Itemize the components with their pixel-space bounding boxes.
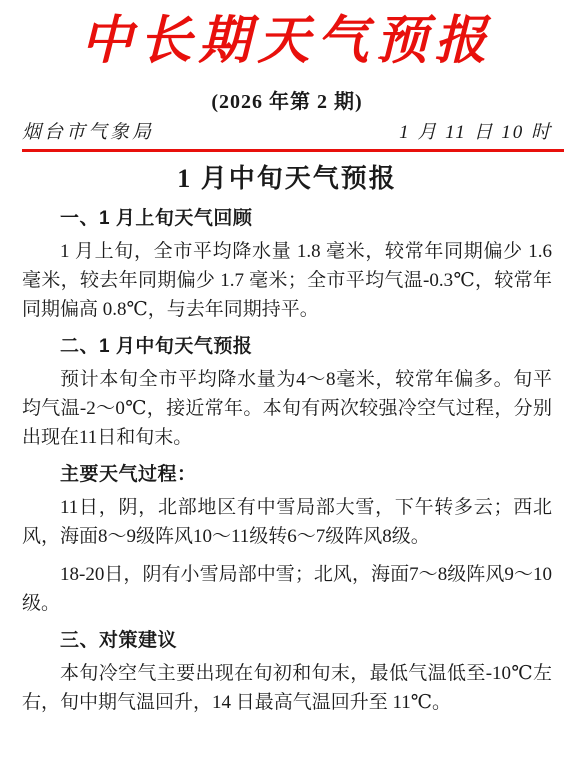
paragraph-forecast-summary: 预计本旬全市平均降水量为4～8毫米，较常年偏多。旬平均气温-2～0℃，接近常年。… <box>22 365 552 452</box>
document-title: 1 月中旬天气预报 <box>22 162 552 196</box>
publish-datetime: 1 月 11 日 10 时 <box>399 120 552 145</box>
byline-row: 烟台市气象局 1 月 11 日 10 时 <box>22 120 552 145</box>
paragraph-advice: 本旬冷空气主要出现在旬初和旬末，最低气温低至-10℃左右，旬中期气温回升，14 … <box>22 659 552 717</box>
section-advice: 三、对策建议 本旬冷空气主要出现在旬初和旬末，最低气温低至-10℃左右，旬中期气… <box>22 627 552 717</box>
issue-number: (2026 年第 2 期) <box>22 90 552 114</box>
paragraph-process-day18-20: 18-20日，阴有小雪局部中雪；北风，海面7～8级阵风9～10级。 <box>22 560 552 618</box>
paragraph-review: 1 月上旬，全市平均降水量 1.8 毫米，较常年同期偏少 1.6 毫米，较去年同… <box>22 237 552 324</box>
section-advice-heading: 三、对策建议 <box>22 627 552 654</box>
masthead-title: 中长期天气预报 <box>22 6 552 76</box>
bulletin-page: 中长期天气预报 (2026 年第 2 期) 烟台市气象局 1 月 11 日 10… <box>0 0 567 766</box>
section-forecast: 二、1 月中旬天气预报 预计本旬全市平均降水量为4～8毫米，较常年偏多。旬平均气… <box>22 333 552 618</box>
section-review-heading: 一、1 月上旬天气回顾 <box>22 205 552 232</box>
paragraph-process-day11: 11日，阴，北部地区有中雪局部大雪，下午转多云；西北风，海面8～9级阵风10～1… <box>22 493 552 551</box>
agency-name: 烟台市气象局 <box>22 120 154 145</box>
subsection-weather-process-heading: 主要天气过程： <box>22 461 552 488</box>
section-forecast-heading: 二、1 月中旬天气预报 <box>22 333 552 360</box>
section-review: 一、1 月上旬天气回顾 1 月上旬，全市平均降水量 1.8 毫米，较常年同期偏少… <box>22 205 552 324</box>
header-divider <box>22 149 564 152</box>
